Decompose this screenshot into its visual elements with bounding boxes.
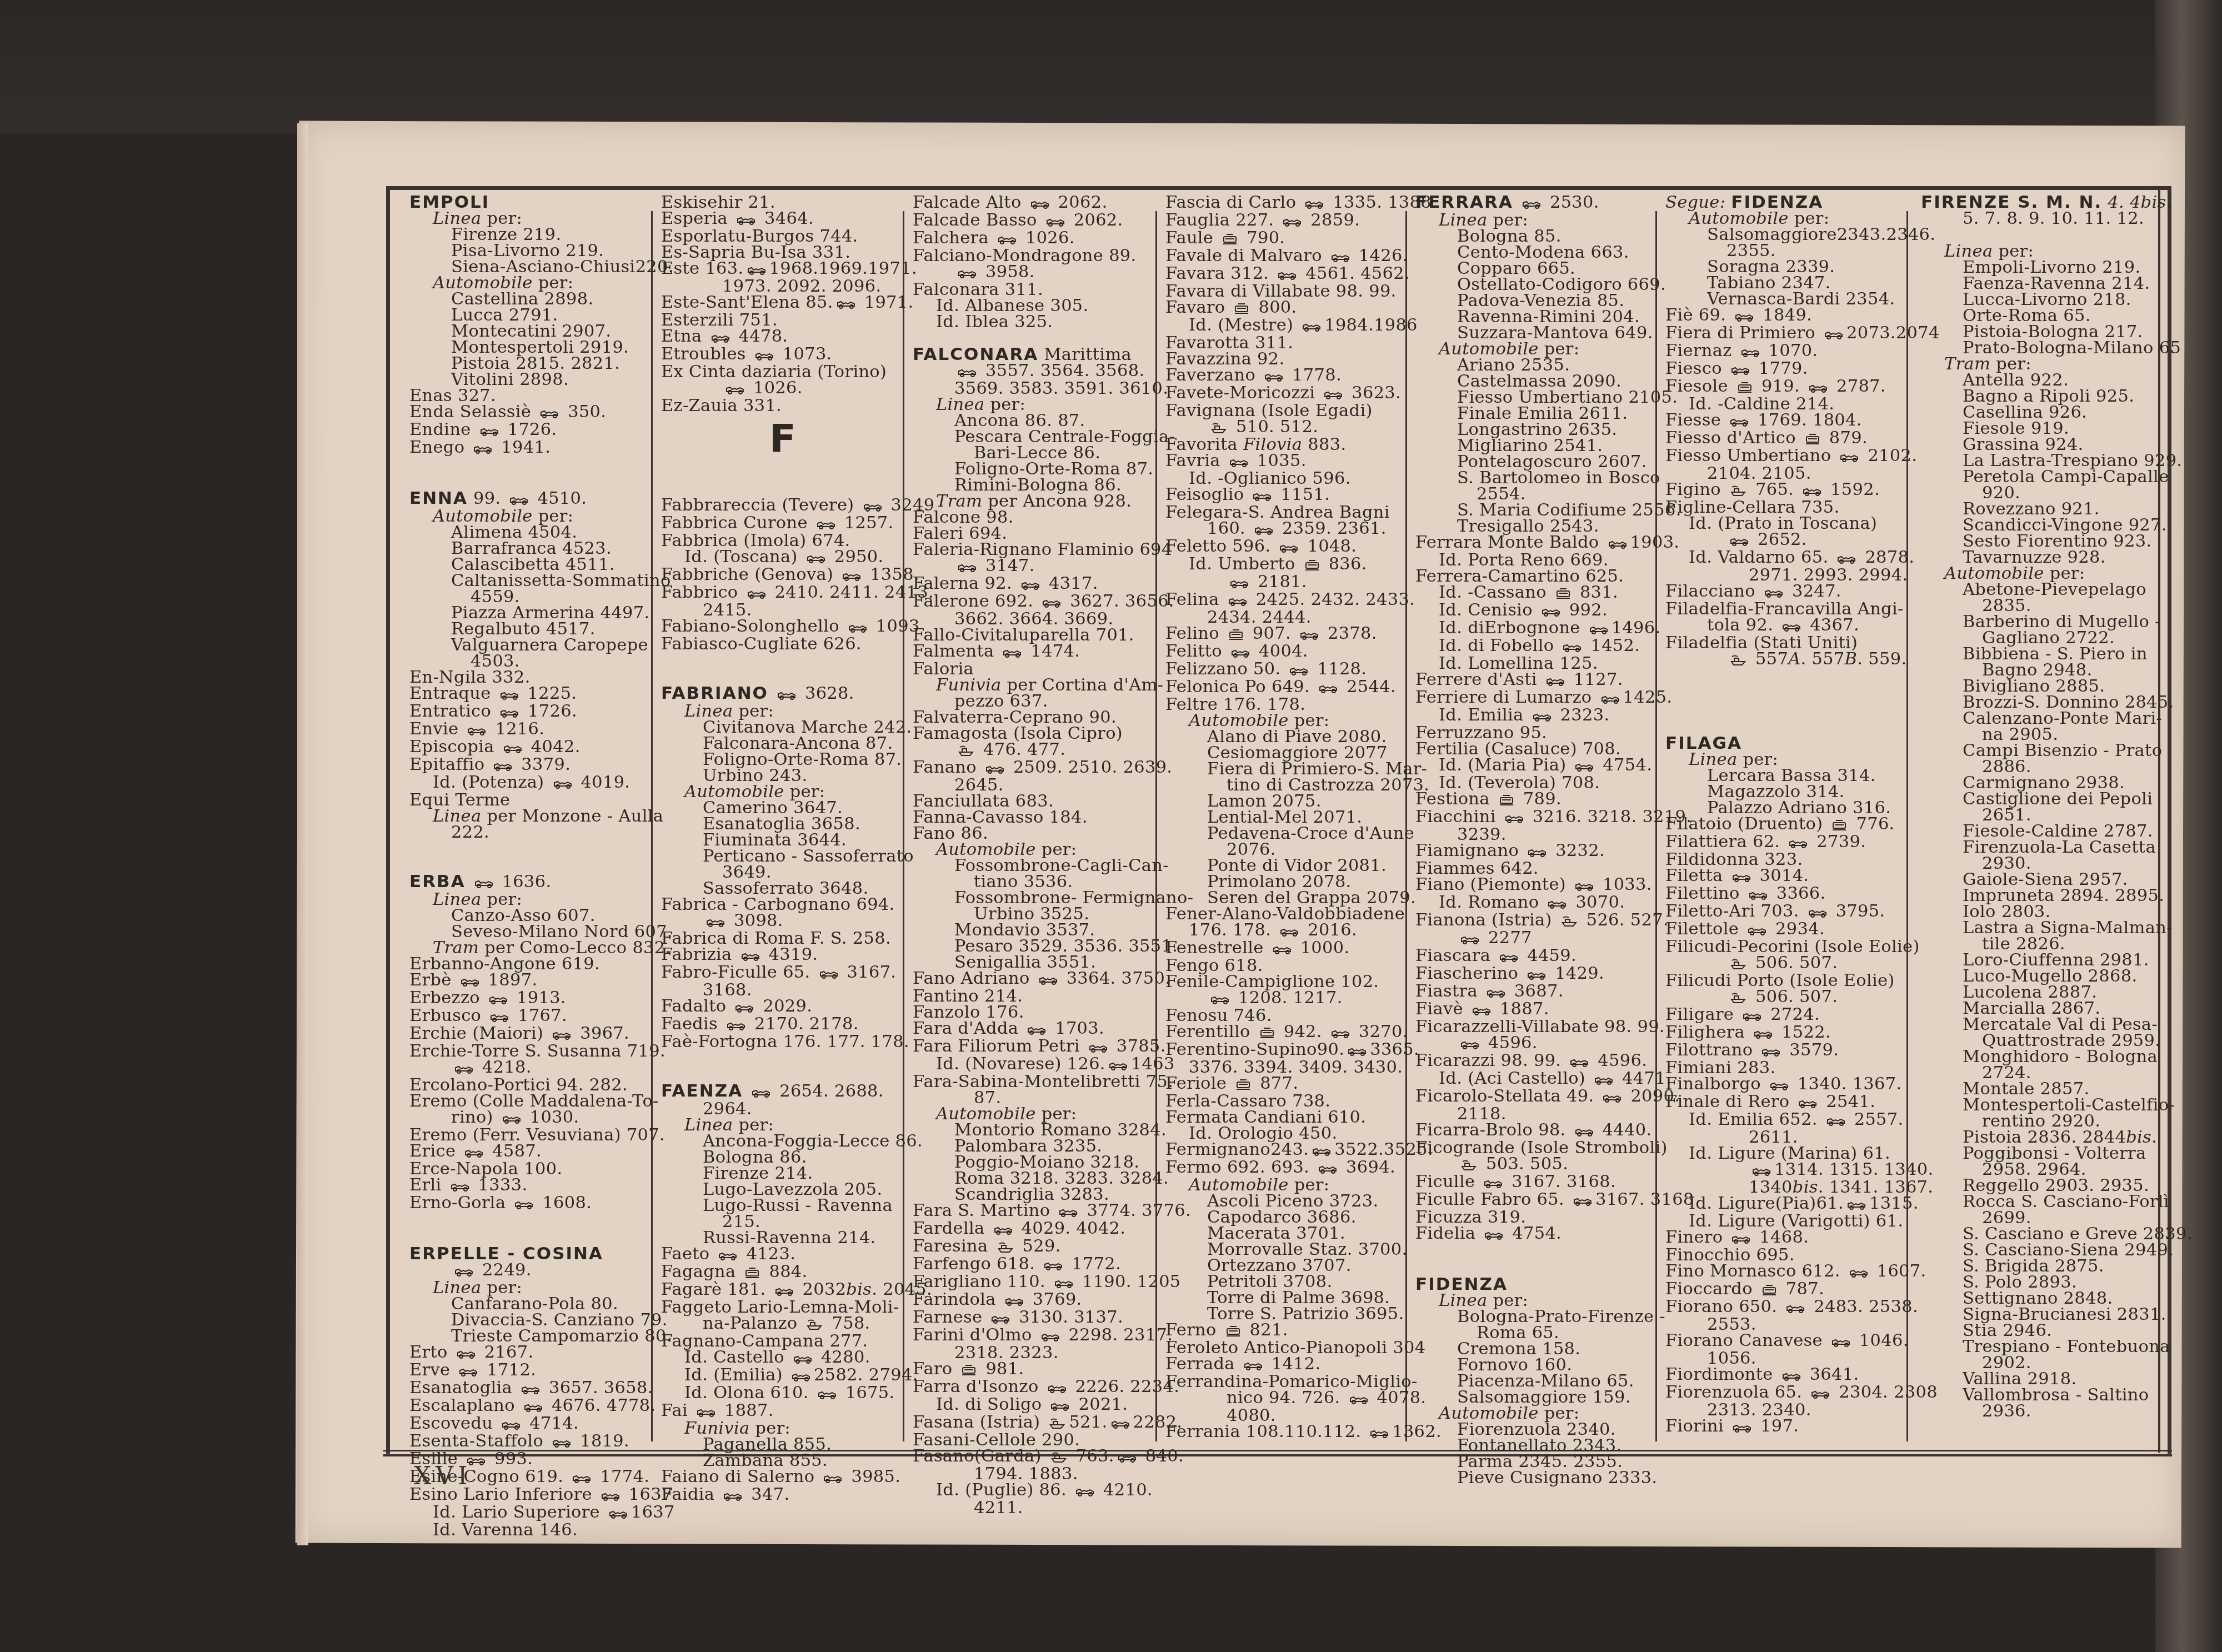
index-entry: Farindola 3769. — [913, 1291, 1157, 1309]
automobile-bus-icon — [1840, 449, 1859, 465]
index-entry: Erice 4587. — [409, 1143, 648, 1161]
index-entry: Impruneta 2894. 2895. — [1921, 888, 2160, 904]
index-entry: Favete-Moricozzi 3623. — [1165, 385, 1404, 403]
index-entry: Fiano (Piemonte) 1033. — [1415, 877, 1654, 894]
index-entry: 2902. — [1921, 1355, 2160, 1371]
index-entry: 3098. — [661, 913, 900, 930]
index-entry: Faleria-Rignano Flaminio 694 — [913, 542, 1157, 558]
index-entry: Seren del Grappa 2079. — [1165, 890, 1404, 906]
automobile-bus-icon — [609, 1506, 628, 1522]
index-entry: Etna 4478. — [661, 328, 900, 346]
index-entry: 4559. — [409, 589, 648, 605]
index-entry: 4503. — [409, 653, 648, 669]
index-column-4: Fascia di Carlo 1335. 1388.Fauglia 227. … — [1165, 194, 1404, 1441]
index-entry: Fara d'Adda 1703. — [913, 1020, 1157, 1038]
automobile-bus-icon — [1533, 709, 1552, 725]
index-entry: Fiorenzuola 2340. — [1415, 1421, 1654, 1438]
index-entry: Finale Emilia 2611. — [1415, 406, 1654, 422]
index-entry: 2181. — [1165, 574, 1404, 592]
index-entry: Fiera di Primiero 2073.2074 — [1665, 325, 1904, 343]
automobile-bus-icon — [1730, 414, 1749, 430]
index-entry: Fasana (Istria) 521.2282. — [913, 1414, 1157, 1432]
index-entry: Ostellato-Codigoro 669. — [1415, 277, 1654, 293]
index-entry: Linea per: — [1415, 1293, 1654, 1309]
automobile-bus-icon — [514, 1197, 533, 1213]
index-entry: Pistoia 2836. 2844bis. — [1921, 1129, 2160, 1145]
index-entry: 2277 — [1415, 930, 1654, 948]
index-entry: Fara-Sabina-Montelibretti 75. — [913, 1074, 1157, 1090]
index-entry: Erbanno-Angone 619. — [409, 956, 648, 972]
index-entry: Fano Adriano 3364. 3750. — [913, 970, 1157, 988]
index-entry: Copparo 665. — [1415, 261, 1654, 277]
heading-station: FERRARA — [1415, 192, 1513, 212]
index-entry: 215. — [661, 1214, 900, 1230]
automobile-bus-icon — [1811, 1386, 1830, 1402]
index-entry: 3662. 3664. 3669. — [913, 611, 1157, 627]
index-entry: La Lastra-Trespiano 929. — [1921, 453, 2160, 469]
index-entry: Farra d'Isonzo 2226. 2234. — [913, 1379, 1157, 1396]
index-entry: Lucolena 2887. — [1921, 984, 2160, 1000]
index-entry: Id. (Teverola) 708. — [1415, 775, 1654, 791]
boat-icon — [1561, 914, 1578, 930]
index-entry: Lugo-Russi - Ravenna — [661, 1198, 900, 1214]
automobile-bus-icon — [1318, 1161, 1337, 1177]
automobile-bus-icon — [489, 992, 508, 1008]
automobile-bus-icon — [1027, 1022, 1046, 1038]
index-entry: Filadelfia-Francavilla Angi- — [1665, 601, 1904, 617]
automobile-bus-icon — [725, 382, 744, 398]
index-entry: Fenosu 746. — [1165, 1008, 1404, 1024]
spacer — [661, 464, 900, 497]
index-entry: Fabbriche (Genova) 1358. — [661, 567, 900, 584]
index-entry: Montespertoli-Castelfio- — [1921, 1097, 2160, 1113]
index-entry: Fabrica - Carbognano 694. — [661, 897, 900, 913]
index-entry: Palazzo Adriano 316. — [1665, 800, 1904, 816]
automobile-bus-icon — [553, 776, 572, 792]
automobile-bus-icon — [747, 586, 766, 602]
index-entry: Automobile per: — [1165, 1177, 1404, 1193]
automobile-bus-icon — [1522, 196, 1541, 212]
index-entry: Fiesole 919. — [1921, 420, 2160, 437]
index-entry: 2936. — [1921, 1403, 2160, 1419]
automobile-bus-icon — [1789, 835, 1808, 852]
index-entry: 5. 7. 8. 9. 10. 11. 12. — [1921, 211, 2160, 227]
automobile-bus-icon — [480, 423, 499, 439]
index-entry: Fabrizia 4319. — [661, 947, 900, 964]
automobile-bus-icon — [502, 1417, 521, 1433]
automobile-bus-icon — [521, 1381, 540, 1398]
index-entry: Urbino 3525. — [913, 906, 1157, 922]
automobile-bus-icon — [464, 1145, 483, 1161]
index-entry: Id. (Puglie) 86. 4210. — [913, 1482, 1157, 1500]
automobile-bus-icon — [540, 406, 559, 422]
index-entry: Gagliano 2722. — [1921, 630, 2160, 646]
index-entry: Bari-Lecce 86. — [913, 445, 1157, 461]
index-entry: 160. 2359. 2361. — [1165, 520, 1404, 538]
index-entry: Este 163.1968.1969.1971. — [661, 261, 900, 278]
index-entry: Id. Umberto 836. — [1165, 556, 1404, 574]
index-entry: Firenze 214. — [661, 1165, 900, 1182]
index-entry: Farigliano 110. 1190. 1205 — [913, 1274, 1157, 1291]
index-entry: tile 2826. — [1921, 936, 2160, 952]
index-entry: 2699. — [1921, 1210, 2160, 1226]
automobile-bus-icon — [1594, 1072, 1613, 1088]
index-entry: Favale di Malvaro 1426. — [1165, 248, 1404, 266]
automobile-bus-icon — [1847, 1197, 1866, 1213]
automobile-bus-icon — [793, 1351, 812, 1367]
index-entry: Automobile per: — [1165, 713, 1404, 729]
automobile-bus-icon — [454, 1264, 473, 1280]
automobile-bus-icon — [1278, 267, 1297, 283]
index-entry: Fasani-Cellole 290. — [913, 1432, 1157, 1448]
index-entry: Scandriglia 3283. — [913, 1187, 1157, 1203]
index-entry: FABRIANO 3628. — [661, 685, 900, 703]
index-entry: Lential-Mel 2071. — [1165, 809, 1404, 825]
automobile-bus-icon — [1050, 1398, 1069, 1414]
index-entry: 2553. — [1665, 1316, 1904, 1333]
index-entry: Fabiasco-Cugliate 626. — [661, 636, 900, 652]
index-entry: Lugo-Lavezzola 205. — [661, 1182, 900, 1198]
index-entry: Alimena 4504. — [409, 524, 648, 540]
italic-label: bis — [846, 1280, 872, 1299]
index-entry: 476. 477. — [913, 742, 1157, 759]
index-entry: Id. (Maria Pia) 4754. — [1415, 757, 1654, 775]
index-entry: Esenta-Staffolo 1819. — [409, 1433, 648, 1451]
index-entry: rentino 2920. — [1921, 1113, 2160, 1129]
index-entry: Farini d'Olmo 2298. 2317. — [913, 1327, 1157, 1345]
index-entry: Iolo 2803. — [1921, 904, 2160, 920]
automobile-bus-icon — [807, 550, 825, 567]
index-entry: Ferrada 1412. — [1165, 1356, 1404, 1374]
index-entry: Regalbuto 4517. — [409, 621, 648, 637]
index-entry: Linea per: — [661, 1117, 900, 1133]
index-entry: Ficogrande (Isole Stromboli) — [1415, 1140, 1654, 1156]
automobile-bus-icon — [1575, 759, 1594, 775]
index-entry: Calenzano-Ponte Mari- — [1921, 710, 2160, 727]
index-entry: Fardella 4029. 4042. — [913, 1220, 1157, 1238]
index-entry: Campi Bisenzio - Prato — [1921, 743, 2160, 759]
index-entry: Fiesse 1769. 1804. — [1665, 412, 1904, 430]
automobile-bus-icon — [1546, 673, 1565, 689]
automobile-bus-icon — [752, 1085, 770, 1101]
automobile-bus-icon — [1761, 1044, 1780, 1060]
index-entry: 2886. — [1921, 759, 2160, 775]
index-entry: Fiascherino 1429. — [1415, 965, 1654, 983]
automobile-bus-icon — [459, 1364, 478, 1380]
index-entry: S. Casciano e Greve 2839. — [1921, 1226, 2160, 1242]
index-entry: 2415. — [661, 602, 900, 618]
index-entry: 3147. — [913, 558, 1157, 575]
index-entry: tola 92. 4367. — [1665, 617, 1904, 635]
index-entry: Esanatoglia 3657. 3658. — [409, 1380, 648, 1398]
index-entry: Peretola Campi-Capalle — [1921, 469, 2160, 485]
automobile-bus-icon — [1749, 887, 1768, 903]
spacer — [1665, 669, 1904, 702]
index-entry: Primolano 2078. — [1165, 874, 1404, 890]
index-entry: Ferla-Cassaro 738. — [1165, 1093, 1404, 1109]
index-entry: Fagarè 181. 2032bis. 2045. — [661, 1281, 900, 1299]
index-entry: Automobile per: — [1921, 565, 2160, 582]
index-entry: Esporlatu-Burgos 744. — [661, 228, 900, 244]
automobile-bus-icon — [461, 974, 479, 990]
index-entry: Fermo 692. 693. 3694. — [1165, 1159, 1404, 1177]
index-entry: Erto 2167. — [409, 1344, 648, 1362]
index-entry: Petritoli 3708. — [1165, 1274, 1404, 1290]
automobile-bus-icon — [467, 723, 486, 739]
automobile-bus-icon — [1059, 1204, 1078, 1220]
index-entry: Pieve Cusignano 2333. — [1415, 1470, 1654, 1486]
index-entry: Festiona 789. — [1415, 791, 1654, 809]
automobile-bus-icon — [1754, 1026, 1773, 1042]
index-entry: Fiordimonte 3641. — [1665, 1366, 1904, 1384]
index-entry: Falconara 311. — [913, 282, 1157, 298]
index-entry: 506. 507. — [1665, 989, 1904, 1007]
automobile-bus-icon — [502, 1111, 521, 1127]
index-entry: Fossombrone-Cagli-Can- — [913, 858, 1157, 874]
automobile-bus-icon — [1527, 967, 1546, 983]
index-entry: Perticano - Sassoferrato — [661, 848, 900, 864]
automobile-bus-icon — [1021, 577, 1040, 593]
automobile-bus-icon — [755, 348, 774, 364]
index-entry: Morrovalle Staz. 3700. — [1165, 1241, 1404, 1258]
index-entry: Filettino 3366. — [1665, 885, 1904, 903]
index-entry: Entraque 1225. — [409, 685, 648, 703]
index-entry: Montorio Romano 3284. — [913, 1122, 1157, 1138]
index-entry: Fadalto 2029. — [661, 998, 900, 1016]
index-entry: Fornovo 160. — [1415, 1357, 1654, 1373]
index-entry: Ficarolo-Stellata 49. 2090. — [1415, 1088, 1654, 1106]
index-entry: Fimiani 283. — [1665, 1060, 1904, 1076]
automobile-bus-icon — [777, 687, 796, 703]
index-entry: Erbusco 1767. — [409, 1008, 648, 1025]
tram-icon — [1228, 627, 1244, 643]
automobile-bus-icon — [1228, 593, 1247, 609]
index-entry: Fiesole 919. 2787. — [1665, 378, 1904, 396]
index-entry: Ficarazzelli-Villabate 98. 99. — [1415, 1019, 1654, 1035]
index-entry: Id. -Oglianico 596. — [1165, 470, 1404, 487]
index-entry: Fabrica di Roma F. S. 258. — [661, 930, 900, 947]
automobile-bus-icon — [1319, 680, 1338, 697]
automobile-bus-icon — [1589, 622, 1608, 638]
index-entry: Casellina 926. — [1921, 404, 2160, 420]
index-entry: Migliarino 2541. — [1415, 438, 1654, 454]
automobile-bus-icon — [1786, 1300, 1805, 1316]
index-entry: 3557. 3564. 3568. — [913, 363, 1157, 381]
index-entry: Envie 1216. — [409, 721, 648, 739]
heading-station: ERBA — [409, 872, 466, 892]
automobile-bus-icon — [1312, 1143, 1331, 1159]
index-entry: Fanciullata 683. — [913, 793, 1157, 809]
index-entry: Pedavena-Croce d'Aune — [1165, 825, 1404, 842]
automobile-bus-icon — [994, 1222, 1013, 1238]
index-entry: 2611. — [1665, 1129, 1904, 1145]
index-entry: tino di Castrozza 2073. — [1165, 777, 1404, 793]
frame-bottom-rule — [383, 1450, 2172, 1456]
automobile-bus-icon — [1048, 1380, 1067, 1396]
index-entry: 2651. — [1921, 807, 2160, 823]
index-entry: Padova-Venezia 85. — [1415, 293, 1654, 309]
index-entry: Finalborgo 1340. 1367. — [1665, 1076, 1904, 1094]
automobile-bus-icon — [823, 1470, 842, 1486]
index-entry: Longastrino 2635. — [1415, 422, 1654, 438]
automobile-bus-icon — [1030, 196, 1049, 212]
automobile-bus-icon — [1089, 1040, 1108, 1056]
section-letter: F — [661, 414, 900, 464]
automobile-bus-icon — [848, 620, 867, 636]
index-entry: Linea per: — [1921, 243, 2160, 259]
index-entry: Ferrandina-Pomarico-Miglio- — [1165, 1374, 1404, 1390]
spacer — [1415, 1243, 1654, 1276]
index-entry: Alano di Piave 2080. — [1165, 729, 1404, 745]
automobile-bus-icon — [1348, 1043, 1367, 1059]
index-entry: Fiacchini 3216. 3218. 3219. — [1415, 809, 1654, 827]
index-entry: Funivia per Cortina d'Am- — [913, 677, 1157, 693]
index-entry: Valguarnera Caropepe — [409, 637, 648, 653]
boat-icon — [806, 1317, 823, 1333]
index-entry: Escovedu 4714. — [409, 1415, 648, 1433]
index-entry: Ficuzza 319. — [1415, 1209, 1654, 1225]
index-entry: Enas 327. — [409, 388, 648, 404]
automobile-bus-icon — [1005, 1293, 1024, 1309]
index-entry: Funivia per: — [661, 1420, 900, 1436]
automobile-bus-icon — [1111, 1416, 1130, 1432]
index-entry: Faloria — [913, 661, 1157, 677]
index-entry: Poggibonsi - Volterra — [1921, 1145, 2160, 1162]
index-entry: Settignano 2848. — [1921, 1290, 2160, 1306]
index-entry: Felegara-S. Andrea Bagni — [1165, 504, 1404, 520]
automobile-bus-icon — [1042, 595, 1061, 611]
index-entry: Ferrere d'Asti 1127. — [1415, 672, 1654, 689]
index-entry: Felino 907. 2378. — [1165, 625, 1404, 643]
index-entry: 3239. — [1415, 827, 1654, 843]
index-entry: ERPELLE - COSINA — [409, 1246, 648, 1262]
index-entry: Es-Sapria Bu-Isa 331. — [661, 244, 900, 261]
index-entry: Rocca S. Casciano-Forlì — [1921, 1194, 2160, 1210]
index-entry: 3168. — [661, 982, 900, 998]
tram-icon — [1499, 793, 1514, 809]
index-entry: Fiavè 1887. — [1415, 1001, 1654, 1019]
index-entry: ENNA 99. 4510. — [409, 490, 648, 508]
index-entry: Favara 312. 4561. 4562. — [1165, 266, 1404, 283]
index-entry: Grassina 924. — [1921, 437, 2160, 453]
index-entry: Cremona 158. — [1415, 1341, 1654, 1357]
automobile-bus-icon — [1782, 619, 1801, 635]
index-entry: Feriole 877. — [1165, 1075, 1404, 1093]
index-entry: 4211. — [913, 1500, 1157, 1516]
index-entry: Fiesso Umbertiano 2102. — [1665, 448, 1904, 465]
index-entry: Salsomaggiore2343.2346. — [1665, 227, 1904, 243]
boat-icon — [997, 1240, 1014, 1256]
index-entry: Falconara-Ancona 87. — [661, 735, 900, 752]
index-entry: 1794. 1883. — [913, 1466, 1157, 1482]
boat-icon — [1460, 1158, 1477, 1174]
index-entry: Fagagna 884. — [661, 1264, 900, 1281]
index-entry: Ferentillo 942. 3270. — [1165, 1024, 1404, 1042]
automobile-bus-icon — [457, 1346, 476, 1362]
index-entry: Linea per: — [409, 211, 648, 227]
index-entry: Id. (Mestre) 1984.1986 — [1165, 317, 1404, 335]
boat-icon — [1049, 1416, 1065, 1432]
automobile-bus-icon — [1300, 627, 1319, 643]
index-entry: Fabiano-Solonghello 1093 — [661, 618, 900, 636]
index-entry: 2104. 2105. — [1665, 465, 1904, 482]
automobile-bus-icon — [1349, 1391, 1368, 1408]
index-entry: pezzo 637. — [913, 693, 1157, 709]
automobile-bus-icon — [474, 875, 493, 892]
index-entry: Ficarra-Brolo 98. 4440. — [1415, 1122, 1654, 1140]
index-entry: Fertilia (Casaluce) 708. — [1415, 741, 1654, 757]
index-entry: Marcialla 2867. — [1921, 1000, 2160, 1017]
index-entry: Fanano 2509. 2510. 2639. — [913, 759, 1157, 777]
index-entry: 2313. 2340. — [1665, 1402, 1904, 1418]
index-entry: Fabbrico 2410. 2411. 2413. — [661, 584, 900, 602]
index-entry: Filigare 2724. — [1665, 1007, 1904, 1024]
index-entry: Ponte di Vidor 2081. — [1165, 858, 1404, 874]
heading-station: FAENZA — [661, 1081, 743, 1101]
index-entry: Calascibetta 4511. — [409, 557, 648, 573]
index-entry: Fara Filiorum Petri 3785. — [913, 1038, 1157, 1056]
index-entry: Ferruzzano 95. — [1415, 725, 1654, 741]
index-entry: 1026. — [661, 380, 900, 398]
index-entry: Filetta 3014. — [1665, 868, 1904, 885]
index-entry: Canzo-Asso 607. — [409, 908, 648, 924]
index-entry: Fiastra 3687. — [1415, 983, 1654, 1001]
index-entry: Faedis 2170. 2178. — [661, 1016, 900, 1034]
index-entry: Russi-Ravenna 214. — [661, 1230, 900, 1246]
index-entry: Mondavio 3537. — [913, 922, 1157, 938]
index-entry: Bologna 85. — [1415, 228, 1654, 244]
index-entry: Fagnano-Campana 277. — [661, 1333, 900, 1349]
index-entry: 2554. — [1415, 486, 1654, 502]
automobile-bus-icon — [1229, 454, 1248, 470]
index-entry: 2971. 2993. 2994. — [1665, 567, 1904, 583]
index-entry: Tavarnuzze 928. — [1921, 549, 2160, 565]
automobile-bus-icon — [1809, 380, 1828, 396]
boat-icon — [1730, 483, 1746, 499]
index-entry: 4218. — [409, 1059, 648, 1077]
index-entry: Linea per: — [409, 1280, 648, 1296]
automobile-bus-icon — [1003, 645, 1022, 661]
index-entry: Fermata Candiani 610. — [1165, 1109, 1404, 1125]
automobile-bus-icon — [1798, 1095, 1817, 1112]
automobile-bus-icon — [1273, 942, 1292, 958]
automobile-bus-icon — [490, 1009, 509, 1025]
index-entry: Luco-Mugello 2868. — [1921, 968, 2160, 984]
index-entry: Feletto 596. 1048. — [1165, 538, 1404, 556]
spacer — [409, 840, 648, 874]
automobile-bus-icon — [1044, 1258, 1063, 1274]
index-entry: Capodarco 3686. — [1165, 1209, 1404, 1225]
index-entry: 2645. — [913, 777, 1157, 793]
index-entry: S. Casciano-Siena 2949. — [1921, 1242, 2160, 1258]
index-entry: Fiesso Umbertiano 2105. — [1415, 389, 1654, 406]
index-entry: Id. Romano 3070. — [1415, 894, 1654, 912]
index-entry: Felonica Po 649. 2544. — [1165, 679, 1404, 697]
automobile-bus-icon — [1118, 1450, 1137, 1466]
index-entry: Entratico 1726. — [409, 703, 648, 721]
automobile-bus-icon — [572, 1470, 591, 1486]
index-entry: Favria 1035. — [1165, 453, 1404, 470]
automobile-bus-icon — [1109, 1058, 1128, 1074]
index-entry: Senigallia 3551. — [913, 954, 1157, 970]
boat-icon — [1730, 990, 1746, 1007]
index-entry: Id. Lomellina 125. — [1415, 655, 1654, 672]
index-entry: Castellina 2898. — [409, 291, 648, 307]
index-entry: Montecatini 2907. — [409, 323, 648, 339]
index-entry: Fiuminata 3644. — [661, 832, 900, 848]
index-entry: tiano 3536. — [913, 874, 1157, 890]
index-entry: Fiernaz 1070. — [1665, 343, 1904, 361]
